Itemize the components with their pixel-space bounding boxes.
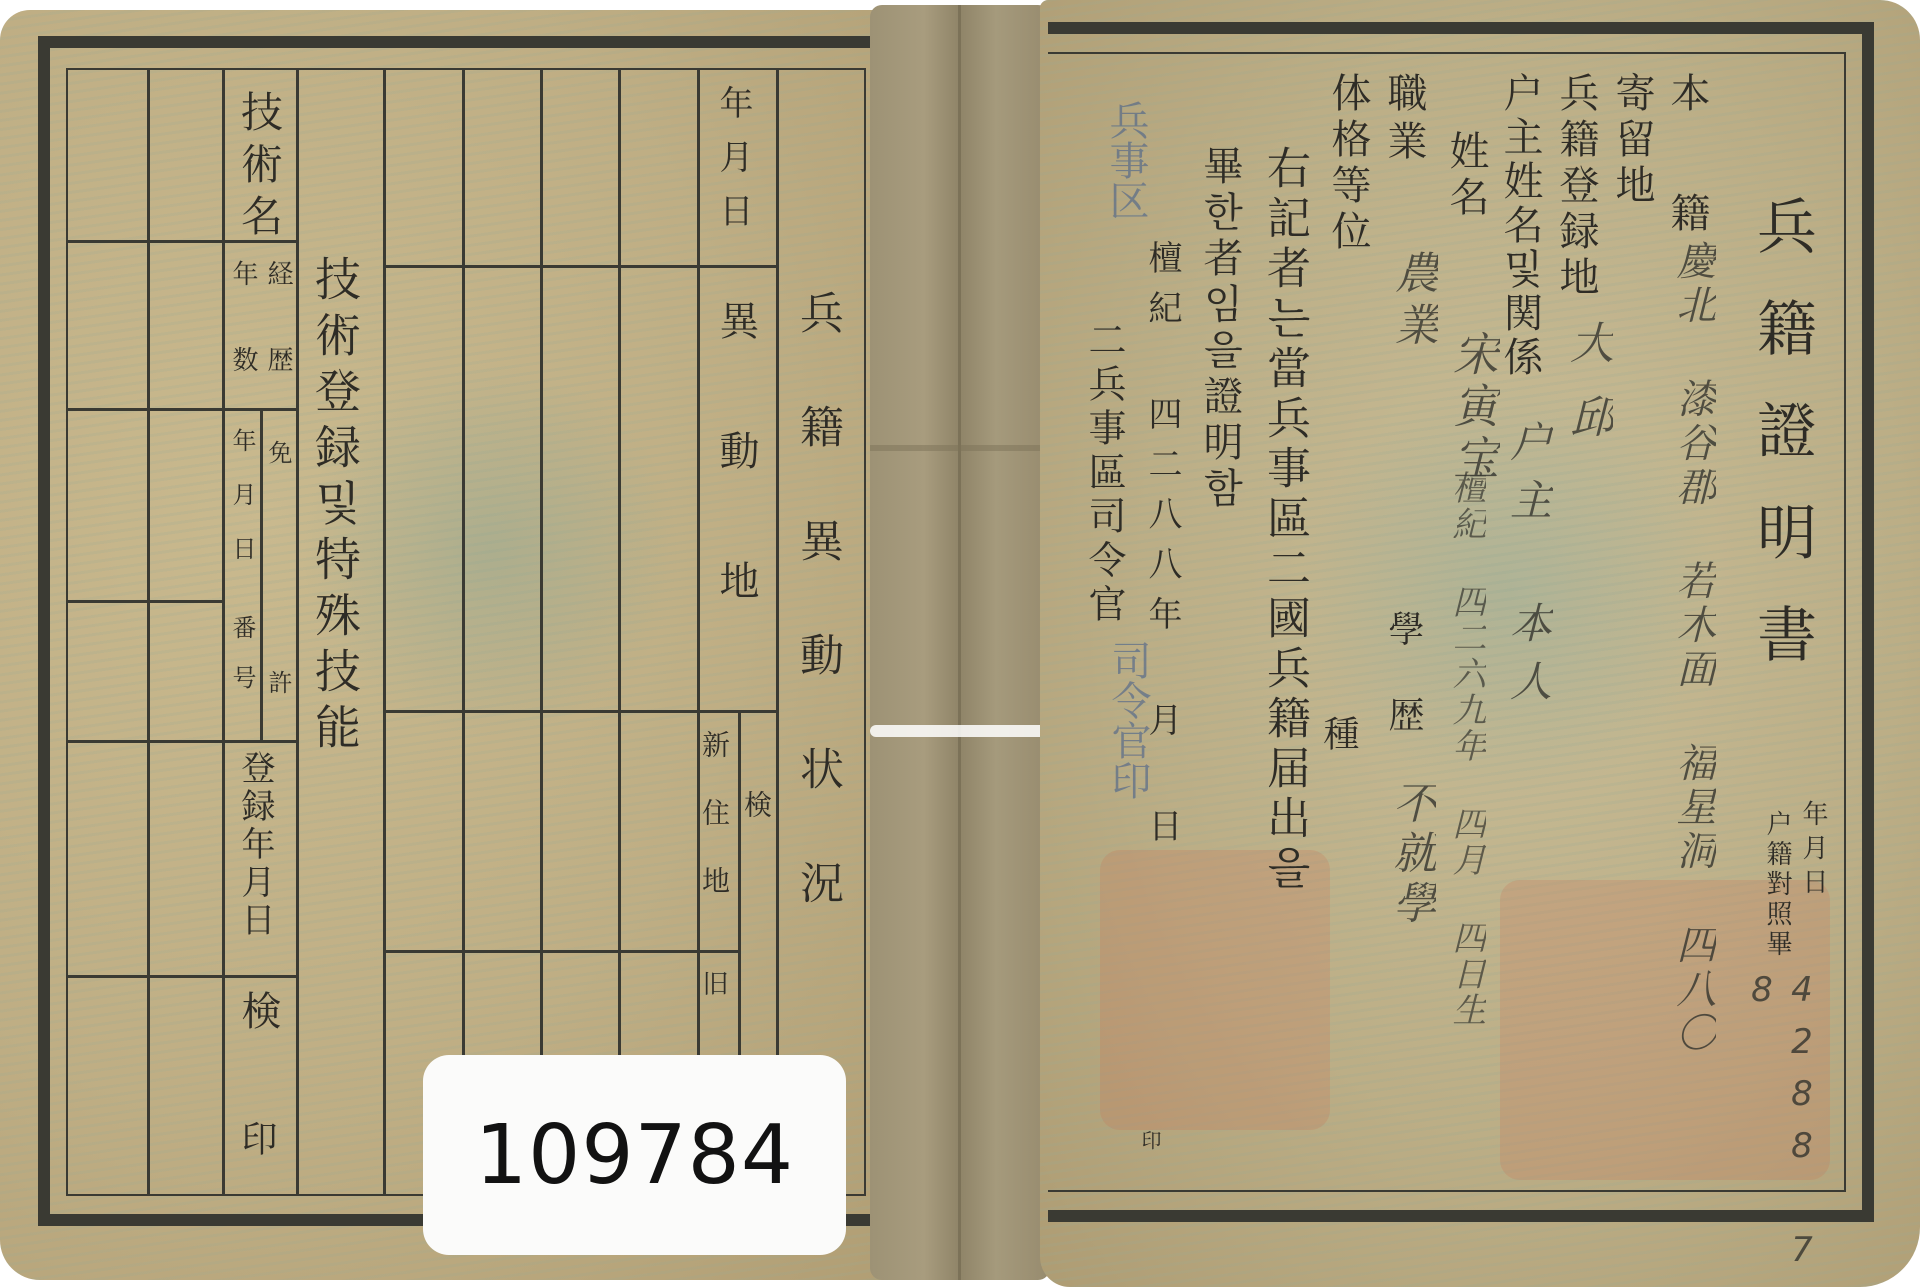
experience-label-bottom: 年数 <box>230 260 256 432</box>
household-head-label: 户主姓名및関係 <box>1500 72 1540 380</box>
catalog-number: 109784 <box>475 1108 794 1203</box>
booklet-binding <box>870 5 1050 1280</box>
transfer-place-header: 異動地 <box>716 300 756 690</box>
grid-line <box>147 68 150 1196</box>
issuer-title: 二兵事區司令官 <box>1085 320 1123 628</box>
grid-line <box>383 68 386 1196</box>
occupation-label: 職業 <box>1384 72 1424 168</box>
license-number-label: 番号 <box>230 615 254 715</box>
binding-seam <box>958 5 961 1280</box>
grid-line <box>296 68 299 1196</box>
skill-name-header: 技術名 <box>238 90 280 246</box>
registration-date-label: 登録年月日 <box>238 750 272 940</box>
household-head-value: 户主 本人 <box>1498 420 1558 717</box>
education-value: 不就學 <box>1378 780 1442 930</box>
family-register-date-label: 年月日 <box>1800 800 1826 902</box>
license-date-label: 年月日 <box>230 428 254 590</box>
education-label: 學歴 <box>1385 610 1421 782</box>
inspection-seal-top: 検 <box>238 990 278 1030</box>
grid-line <box>66 600 222 603</box>
permanent-domicile-value: 慶北 漆谷郡 若木面 福星洞 四八〇 <box>1665 240 1722 1056</box>
binding-tear <box>870 725 1050 737</box>
document-title: 兵籍證明書 <box>1752 195 1812 705</box>
grid-line <box>260 410 263 743</box>
grid-line <box>383 950 738 953</box>
transfers-section-title: 兵籍異動状況 <box>795 290 839 974</box>
grid-line <box>383 710 776 713</box>
physical-grade-label: 体格等位 <box>1328 72 1368 256</box>
grid-line <box>738 710 741 1055</box>
license-label-bottom: 許 <box>266 670 290 694</box>
issuer-seal-mark: 印 <box>1140 1130 1160 1150</box>
certification-text-line-1: 右記者는當兵事區二國兵籍届出을 <box>1262 145 1306 895</box>
grid-line <box>66 408 296 411</box>
inspection-label: 検 <box>742 790 770 818</box>
inspection-seal-bottom: 印 <box>238 1120 274 1156</box>
blue-ink-stamp: 兵事区 <box>1098 100 1155 220</box>
registration-place-label: 兵籍登録地 <box>1556 72 1596 302</box>
certification-text-line-2: 畢한者임을證明함 <box>1200 145 1240 513</box>
binding-fold <box>870 445 1050 451</box>
catalog-number-sticker: 109784 <box>423 1055 846 1255</box>
skills-section-title: 技術登録및特殊技能 <box>312 255 358 759</box>
new-address-label: 新住地 <box>700 730 728 934</box>
grid-line <box>540 68 543 1196</box>
experience-label-top: 経歴 <box>265 260 291 432</box>
grid-line <box>462 68 465 1196</box>
transfer-date-header: 年月日 <box>716 85 750 247</box>
family-register-date-value: 4288 7 8 <box>1742 970 1822 1287</box>
occupation-value: 農業 <box>1380 250 1444 354</box>
grid-line <box>383 265 776 268</box>
blue-ink-stamp: 司令官印 <box>1100 640 1157 800</box>
category-label: 種 <box>1320 715 1356 751</box>
grid-line <box>697 68 700 1196</box>
birth-date-value: 檀紀 四二六九年 四月 四日生 <box>1442 470 1491 1028</box>
residence-label: 寄留地 <box>1612 72 1652 210</box>
name-value: 宋寅宝 <box>1440 330 1506 486</box>
grid-line <box>776 68 779 1196</box>
grid-line <box>66 740 296 743</box>
old-address-label: 旧 <box>700 970 726 996</box>
name-label: 姓名 <box>1446 130 1486 222</box>
registration-place-value: 大邱 <box>1555 320 1619 468</box>
license-label-top: 免 <box>266 440 290 464</box>
family-register-label: 户籍對照畢 <box>1764 810 1790 960</box>
grid-line <box>618 68 621 1196</box>
grid-line <box>222 68 225 1196</box>
grid-line <box>66 975 296 978</box>
